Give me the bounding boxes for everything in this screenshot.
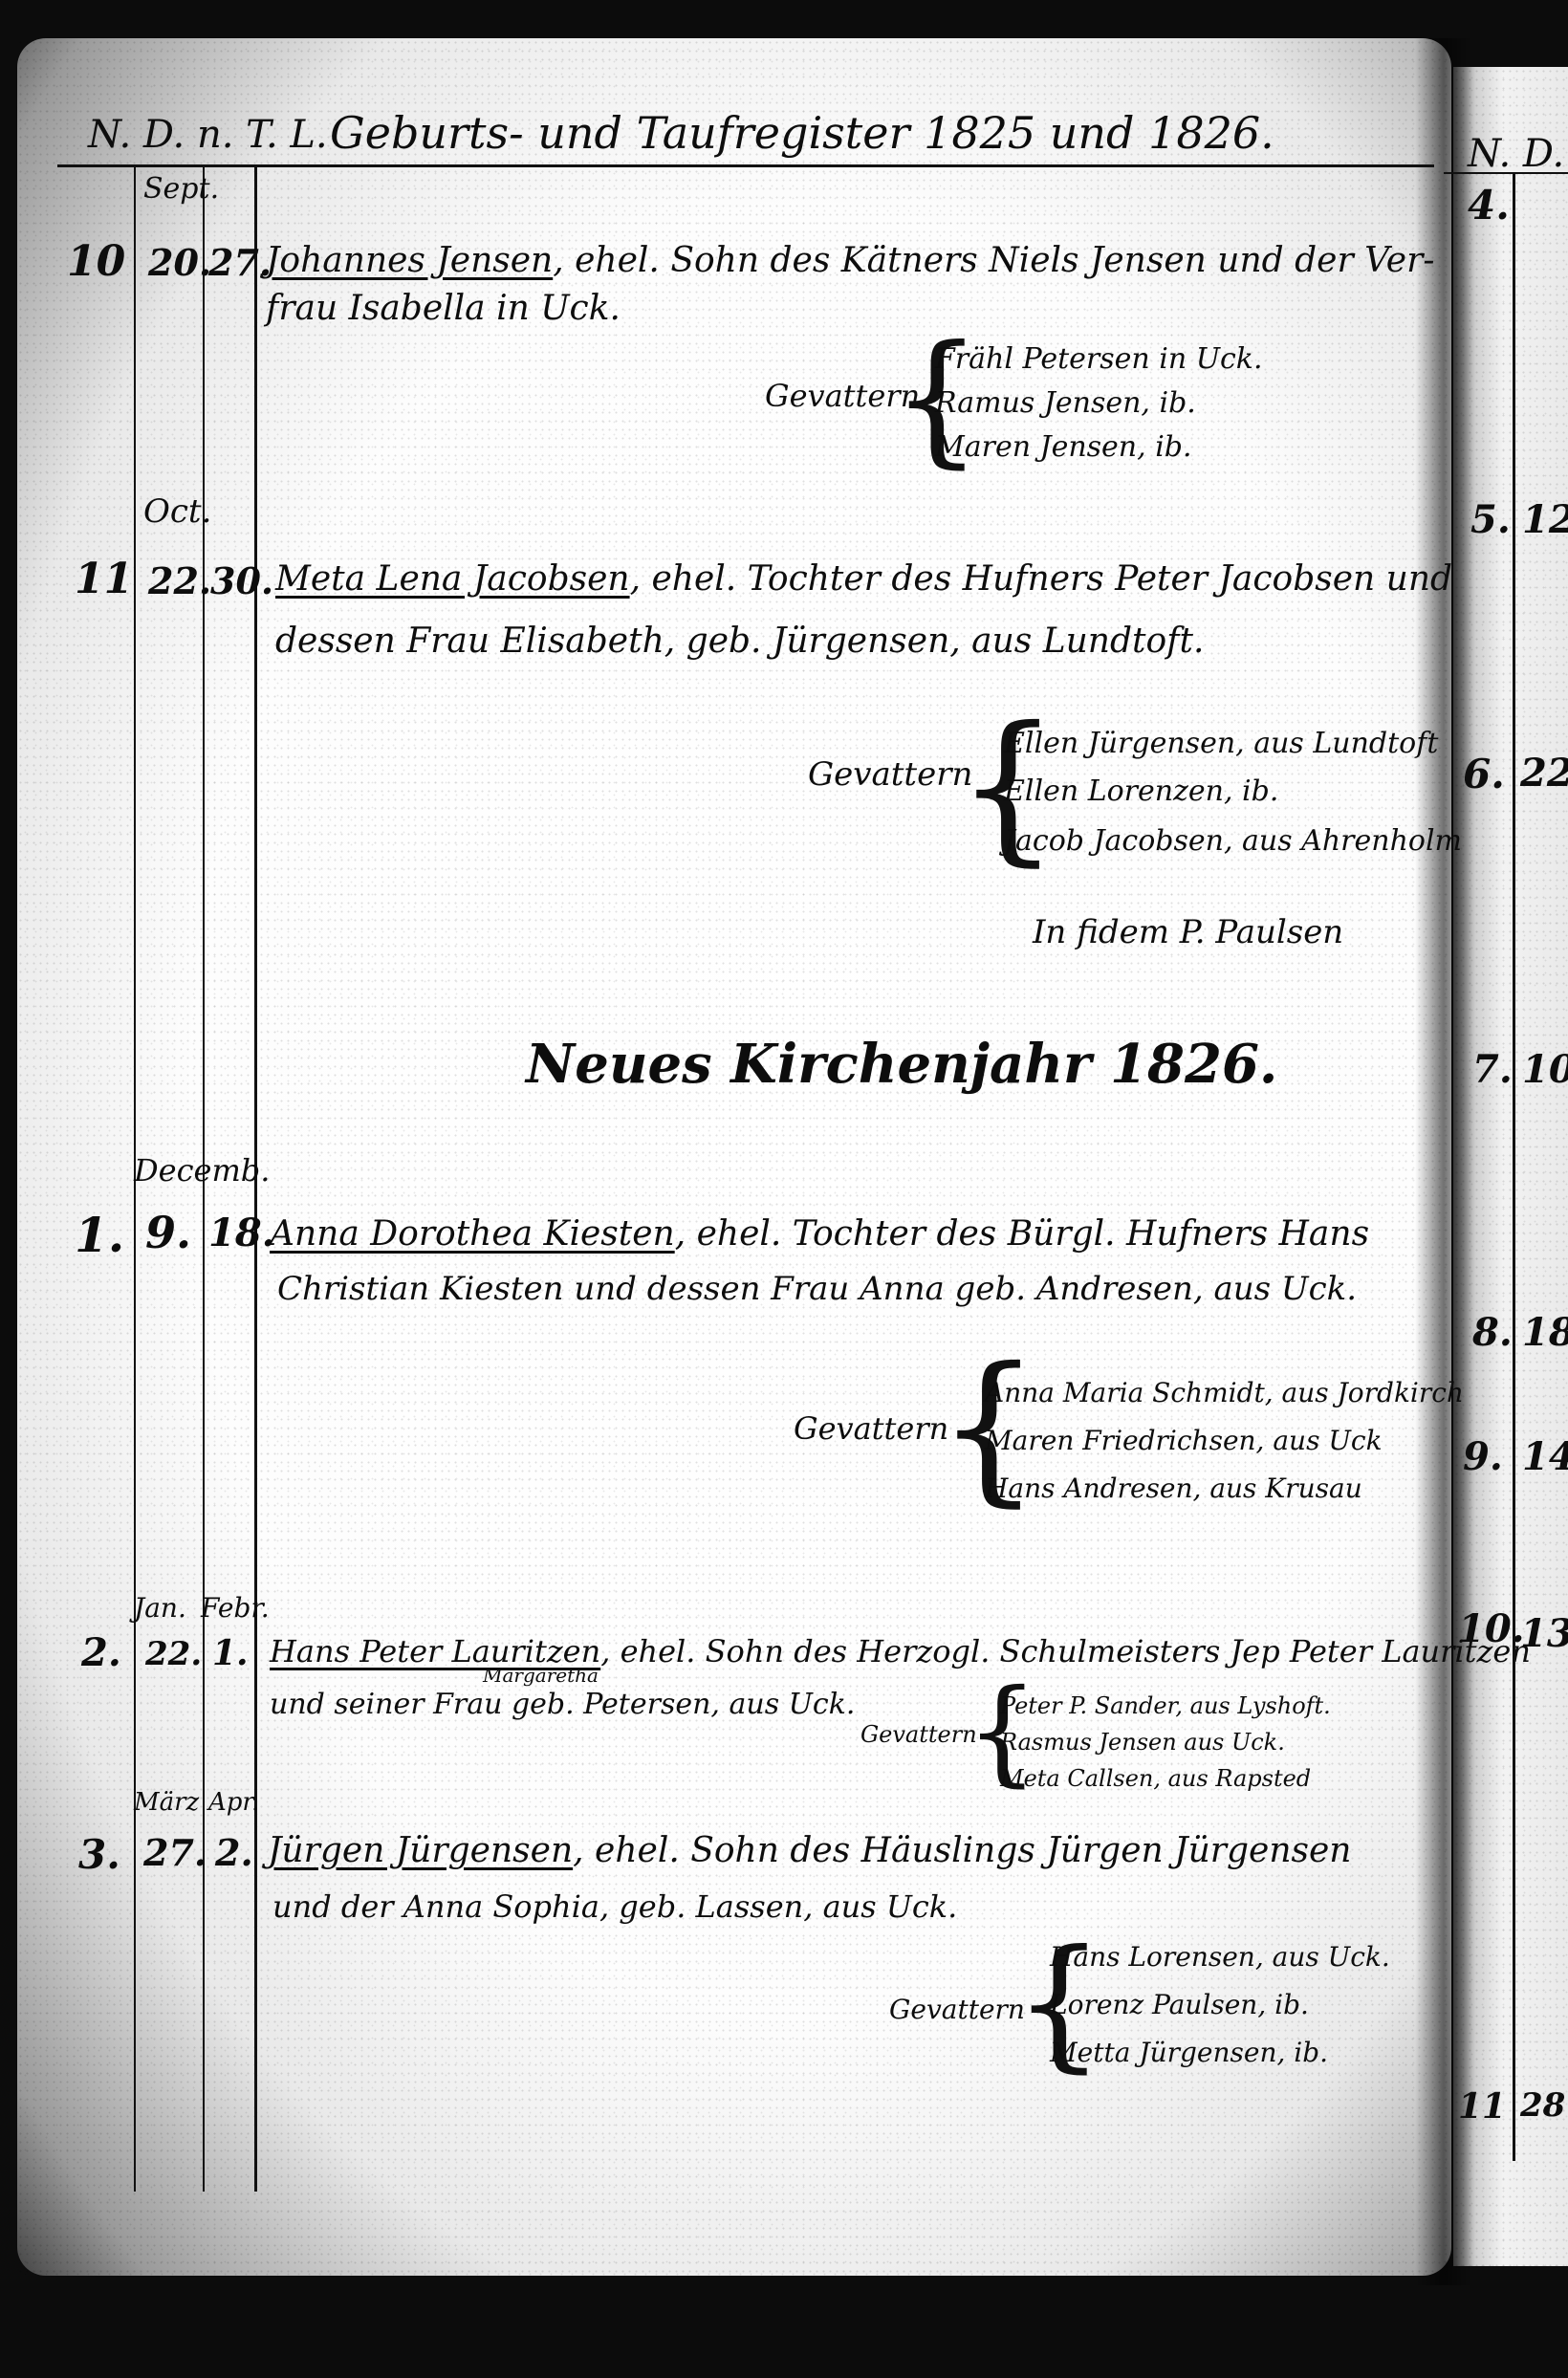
- adjacent-entry-day: 28: [1520, 2086, 1565, 2125]
- adjacent-entry-number: 11: [1458, 2086, 1506, 2127]
- entry-text: , ehel. Tochter des Bürgl. Hufners Hans: [675, 1214, 1369, 1254]
- child-name: Meta Lena Jacobsen: [275, 559, 630, 599]
- baptism-day: 1.: [212, 1633, 249, 1673]
- sponsor: Meta Callsen, aus Rapsted: [1000, 1765, 1311, 1792]
- sponsor: Ellen Lorenzen, ib.: [1004, 774, 1278, 808]
- sponsor: Lorenz Paulsen, ib.: [1050, 1989, 1309, 2020]
- entry-number: 3.: [78, 1831, 120, 1878]
- birth-month: Jan.: [134, 1592, 186, 1624]
- entry-number: 11: [75, 555, 133, 603]
- adjacent-entry-number: 7.: [1472, 1047, 1513, 1092]
- baptism-day: 18.: [208, 1211, 275, 1255]
- birth-day: 27.: [143, 1831, 207, 1874]
- child-name: Johannes Jensen: [266, 241, 553, 280]
- adjacent-header-rule: [1444, 172, 1568, 174]
- entry-text: , ehel. Tochter des Hufners Peter Jacobs…: [630, 559, 1452, 599]
- adjacent-entry-day: 12: [1522, 497, 1568, 542]
- adjacent-column-rule: [1513, 172, 1515, 2161]
- birth-day: 22.: [145, 1635, 202, 1673]
- sponsor: Rasmus Jensen aus Uck.: [1000, 1729, 1285, 1756]
- baptism-day: 30.: [210, 559, 273, 602]
- birth-month: Decemb.: [134, 1152, 270, 1189]
- adjacent-entry-number: 4.: [1468, 182, 1510, 229]
- pastor-signature: In fidem P. Paulsen: [1033, 913, 1343, 951]
- birth-day: 22.: [148, 559, 211, 602]
- section-heading: Neues Kirchenjahr 1826.: [526, 1033, 1277, 1096]
- birth-month: Sept.: [143, 172, 219, 206]
- baptism-day: 27.: [208, 241, 272, 284]
- sponsors-label: Gevattern: [860, 1721, 977, 1748]
- birth-month: März: [134, 1788, 199, 1817]
- birth-day: 20.: [148, 241, 211, 284]
- sponsor: Maren Friedrichsen, aus Uck: [985, 1425, 1383, 1456]
- interlinear-insert: Margaretha: [483, 1664, 599, 1687]
- entry-text-line2: und der Anna Sophia, geb. Lassen, aus Uc…: [272, 1888, 957, 1925]
- entry-text-line2: frau Isabella in Uck.: [266, 289, 621, 328]
- baptism-month: Febr.: [201, 1592, 270, 1624]
- adjacent-entry-day: 10: [1522, 1047, 1568, 1092]
- adjacent-entry-day: 22: [1520, 751, 1568, 796]
- sponsor: Maren Jensen, ib.: [935, 430, 1192, 464]
- adjacent-entry-number: 10.: [1458, 1606, 1525, 1651]
- sponsor: Hans Andresen, aus Krusau: [985, 1473, 1362, 1504]
- birth-month: Oct.: [143, 492, 211, 531]
- sponsor: Hans Lorensen, aus Uck.: [1050, 1941, 1390, 1973]
- header-rule: [57, 164, 1434, 167]
- child-name: Jürgen Jürgensen: [268, 1831, 573, 1870]
- baptism-day: 2.: [215, 1831, 253, 1874]
- sponsor: Metta Jürgensen, ib.: [1050, 2037, 1328, 2068]
- baptism-month: Apr.: [208, 1788, 259, 1817]
- sponsors-label: Gevattern: [808, 755, 972, 794]
- sponsor: Frähl Petersen in Uck.: [935, 342, 1263, 376]
- adjacent-entry-number: 9.: [1463, 1434, 1503, 1479]
- sponsor: Ramus Jensen, ib.: [935, 386, 1196, 420]
- entry-text: , ehel. Sohn des Herzogl. Schulmeisters …: [600, 1633, 1531, 1669]
- birth-day: 9.: [145, 1207, 191, 1258]
- entry-number: 10: [67, 237, 125, 286]
- entry-number: 1.: [75, 1207, 124, 1263]
- adjacent-entry-number: 6.: [1463, 751, 1505, 797]
- adjacent-entry-day: 18: [1522, 1310, 1568, 1355]
- column-header: N. D. n. T. L.: [88, 113, 328, 157]
- page-title: Geburts- und Taufregister 1825 und 1826.: [330, 107, 1274, 159]
- entry-text-line2: Christian Kiesten und dessen Frau Anna g…: [277, 1270, 1357, 1308]
- sponsor: Anna Maria Schmidt, aus Jordkirch: [985, 1377, 1464, 1408]
- adjacent-entry-day: 14: [1522, 1434, 1568, 1479]
- adjacent-entry-number: 8.: [1472, 1310, 1513, 1355]
- entry-text-line2: und seiner Frau geb. Petersen, aus Uck.: [270, 1688, 855, 1721]
- entry-text-line2: dessen Frau Elisabeth, geb. Jürgensen, a…: [275, 622, 1204, 661]
- sponsor: Peter P. Sander, aus Lyshoft.: [1000, 1692, 1331, 1719]
- adjacent-entry-day: 13.: [1520, 1611, 1568, 1656]
- entry-text: , ehel. Sohn des Kätners Niels Jensen un…: [553, 241, 1434, 280]
- book-gutter: [1415, 38, 1472, 2285]
- sponsor: Ellen Jürgensen, aus Lundtoft: [1004, 727, 1438, 760]
- sponsors-label: Gevattern: [794, 1410, 948, 1447]
- adjacent-entry-number: 5.: [1470, 497, 1511, 542]
- adjacent-header: N. D.: [1468, 132, 1564, 176]
- child-name: Anna Dorothea Kiesten: [270, 1214, 675, 1254]
- entry-text: , ehel. Sohn des Häuslings Jürgen Jürgen…: [573, 1831, 1351, 1870]
- sponsor: Jacob Jacobsen, aus Ahrenholm: [1004, 824, 1462, 858]
- entry-number: 2.: [81, 1630, 121, 1675]
- sponsors-label: Gevattern: [889, 1994, 1025, 2025]
